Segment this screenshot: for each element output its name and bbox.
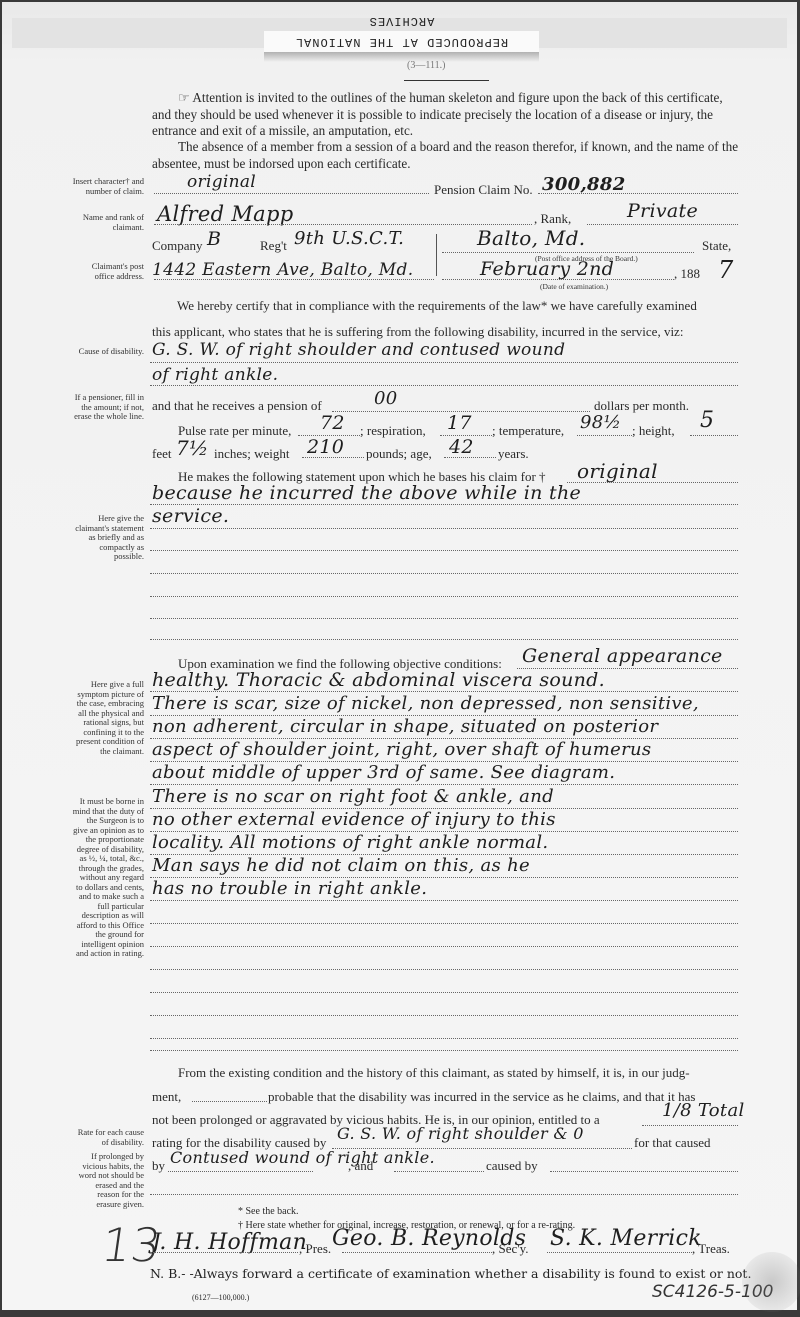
statement-rule1 [150,504,738,505]
note-claim: Insert character† and number of claim. [72,177,144,196]
age-line [444,457,496,458]
feet-label: feet [152,446,171,462]
claim-number-value: 300,882 [542,174,626,195]
exam-rule-16 [150,1038,738,1039]
exam-rule-14 [150,992,738,993]
disability-rule1 [150,362,738,363]
statement-line2: service. [152,505,229,527]
judgment-by: by [152,1158,165,1174]
years-label: years. [498,446,529,462]
secy-label: , Sec'y. [492,1241,529,1257]
exam-line-7: no other external evidence of injury to … [152,809,556,830]
pulse-value: 72 [320,412,345,434]
disability-line1: G. S. W. of right shoulder and contused … [152,340,565,360]
instruction-skeleton: ☞ Attention is invited to the outlines o… [152,90,740,140]
exam-line-0: General appearance [522,645,723,667]
exam-rule-10 [150,900,738,901]
certify-line2: this applicant, who states that he is su… [152,324,683,340]
column-divider [436,234,437,276]
weight-value: 210 [307,436,344,458]
exam-line-5: about middle of upper 3rd of same. See d… [152,762,615,783]
rating-cause2-line [168,1171,313,1172]
exam-date-value: February 2nd [480,258,614,280]
note-rate: Rate for each cause of disability. [72,1128,144,1147]
judgment-caused-by: caused by [486,1158,538,1174]
stamp-shadow [264,52,539,62]
judgment-line1: From the existing condition and the hist… [178,1065,690,1081]
exam-rule-13 [150,969,738,970]
claim-number-line [538,193,738,194]
exam-line-9: Man says he did not claim on this, as he [152,855,530,876]
header-rule [404,80,489,81]
pounds-label: pounds; age, [366,446,432,462]
and-line [394,1171,484,1172]
respiration-value: 17 [447,412,472,434]
footnote-see-back: * See the back. [238,1206,299,1217]
board-po-value: Balto, Md. [477,226,585,250]
judgment-ment: ment, [152,1089,181,1105]
exam-rule-15 [150,1015,738,1016]
respiration-label: ; respiration, [360,423,426,439]
certificate-page: REPRODUCED AT THE NATIONAL ARCHIVES (3—1… [2,2,797,1310]
certify-line1: We hereby certify that in compliance wit… [177,298,697,314]
judgment-for-caused: for that caused [634,1135,711,1151]
claim-for-line [567,482,738,483]
claim-type-line [154,193,429,194]
address-line [154,279,434,280]
pension-amount-value: 00 [374,388,398,409]
judgment-line2: probable that the disability was incurre… [268,1089,695,1105]
statement-rule4 [150,573,738,574]
treas-line [547,1252,692,1253]
note-vicious: If prolonged by vicious habits, the word… [72,1152,144,1209]
rank-value: Private [627,200,698,222]
pres-label: , Pres. [299,1241,331,1257]
company-value: B [207,228,221,250]
disability-rule2 [150,385,738,386]
secy-line [342,1252,492,1253]
archive-stamp: REPRODUCED AT THE NATIONAL ARCHIVES [264,31,539,52]
exam-rule-17 [150,1050,738,1051]
judgment-and: , and [348,1158,373,1174]
exam-line-8: locality. All motions of right ankle nor… [152,832,548,853]
address-value: 1442 Eastern Ave, Balto, Md. [152,260,413,280]
rating-line [642,1125,738,1126]
exam-date-line [442,279,674,280]
nb-notice: N. B.- -Always forward a certificate of … [150,1266,751,1281]
note-pensioner: If a pensioner, fill in the amount; if n… [72,393,144,422]
instruction-absence: The absence of a member from a session o… [152,139,740,172]
rating-cause1-value: G. S. W. of right shoulder & 0 [337,1124,584,1143]
note-symptoms: Here give a full symptom picture of the … [72,680,144,756]
statement-rule3 [150,550,738,551]
regiment-value: 9th U.S.C.T. [294,228,404,249]
claim-type-value: original [187,172,256,192]
treas-label: , Treas. [692,1241,730,1257]
pointing-hand-icon: ☞ [178,90,190,105]
exam-line-4: aspect of shoulder joint, right, over sh… [152,739,651,760]
rank-label: , Rank, [534,211,571,227]
exam-rule-1 [150,691,738,692]
exam-rule-5 [150,784,738,785]
exam-line-2: There is scar, size of nickel, non depre… [152,693,699,714]
statement-rule5 [150,596,738,597]
year-digit-value: 7 [718,256,734,284]
signature-treasurer: S. K. Merrick [550,1226,702,1251]
pension-label: and that he receives a pension of [152,398,322,414]
exam-rule-12 [150,946,738,947]
age-value: 42 [449,436,474,458]
inches-label: inches; weight [214,446,289,462]
claim-for-value: original [577,459,658,483]
exam-line-10: has no trouble in right ankle. [152,878,427,899]
state-label: State, [702,238,731,254]
regt-label: Reg't [260,238,287,254]
exam-line-3: non adherent, circular in shape, situate… [152,716,658,737]
judgment-blank [192,1101,267,1102]
temperature-label: ; temperature, [492,423,564,439]
statement-rule2 [150,528,738,529]
pension-claim-label: Pension Claim No. [434,182,533,198]
erasure-line [150,1194,738,1195]
exam-rule-11 [150,923,738,924]
statement-rule7 [150,639,738,640]
company-label: Company [152,238,203,254]
name-line [154,224,532,225]
disability-line2: of right ankle. [152,365,278,385]
note-duty: It must be borne in mind that the duty o… [72,797,144,959]
statement-line1: because he incurred the above while in t… [152,482,581,504]
statement-rule6 [150,618,738,619]
note-address: Claimant's post office address. [72,262,144,281]
height-label: ; height, [632,423,675,439]
height-inches-value: 7½ [176,436,209,460]
temperature-line [577,435,632,436]
caused-by-line [550,1171,738,1172]
note-statement: Here give the claimant's statement as br… [72,514,144,562]
rating-cause2-value: Contused wound of right ankle. [170,1148,435,1167]
pres-line [150,1252,298,1253]
note-name: Name and rank of claimant. [72,213,144,232]
temperature-value: 98½ [580,412,621,433]
height-feet-value: 5 [700,408,714,433]
rating-value: 1/8 Total [662,1100,745,1121]
form-number: (3—111.) [407,60,445,71]
exam-line-6: There is no scar on right foot & ankle, … [152,786,554,807]
print-code: (6127—100,000.) [192,1293,249,1302]
height-line [690,435,738,436]
year-prefix: , 188 [674,266,700,282]
board-po-line [442,252,694,253]
note-cause: Cause of disability. [72,347,144,357]
exam-line-1: healthy. Thoracic & abdominal viscera so… [152,669,605,691]
weight-line [302,457,364,458]
claimant-name-value: Alfred Mapp [157,202,293,226]
rank-line [587,224,738,225]
date-exam-caption: (Date of examination.) [540,282,608,291]
scan-smudge [742,1252,800,1312]
